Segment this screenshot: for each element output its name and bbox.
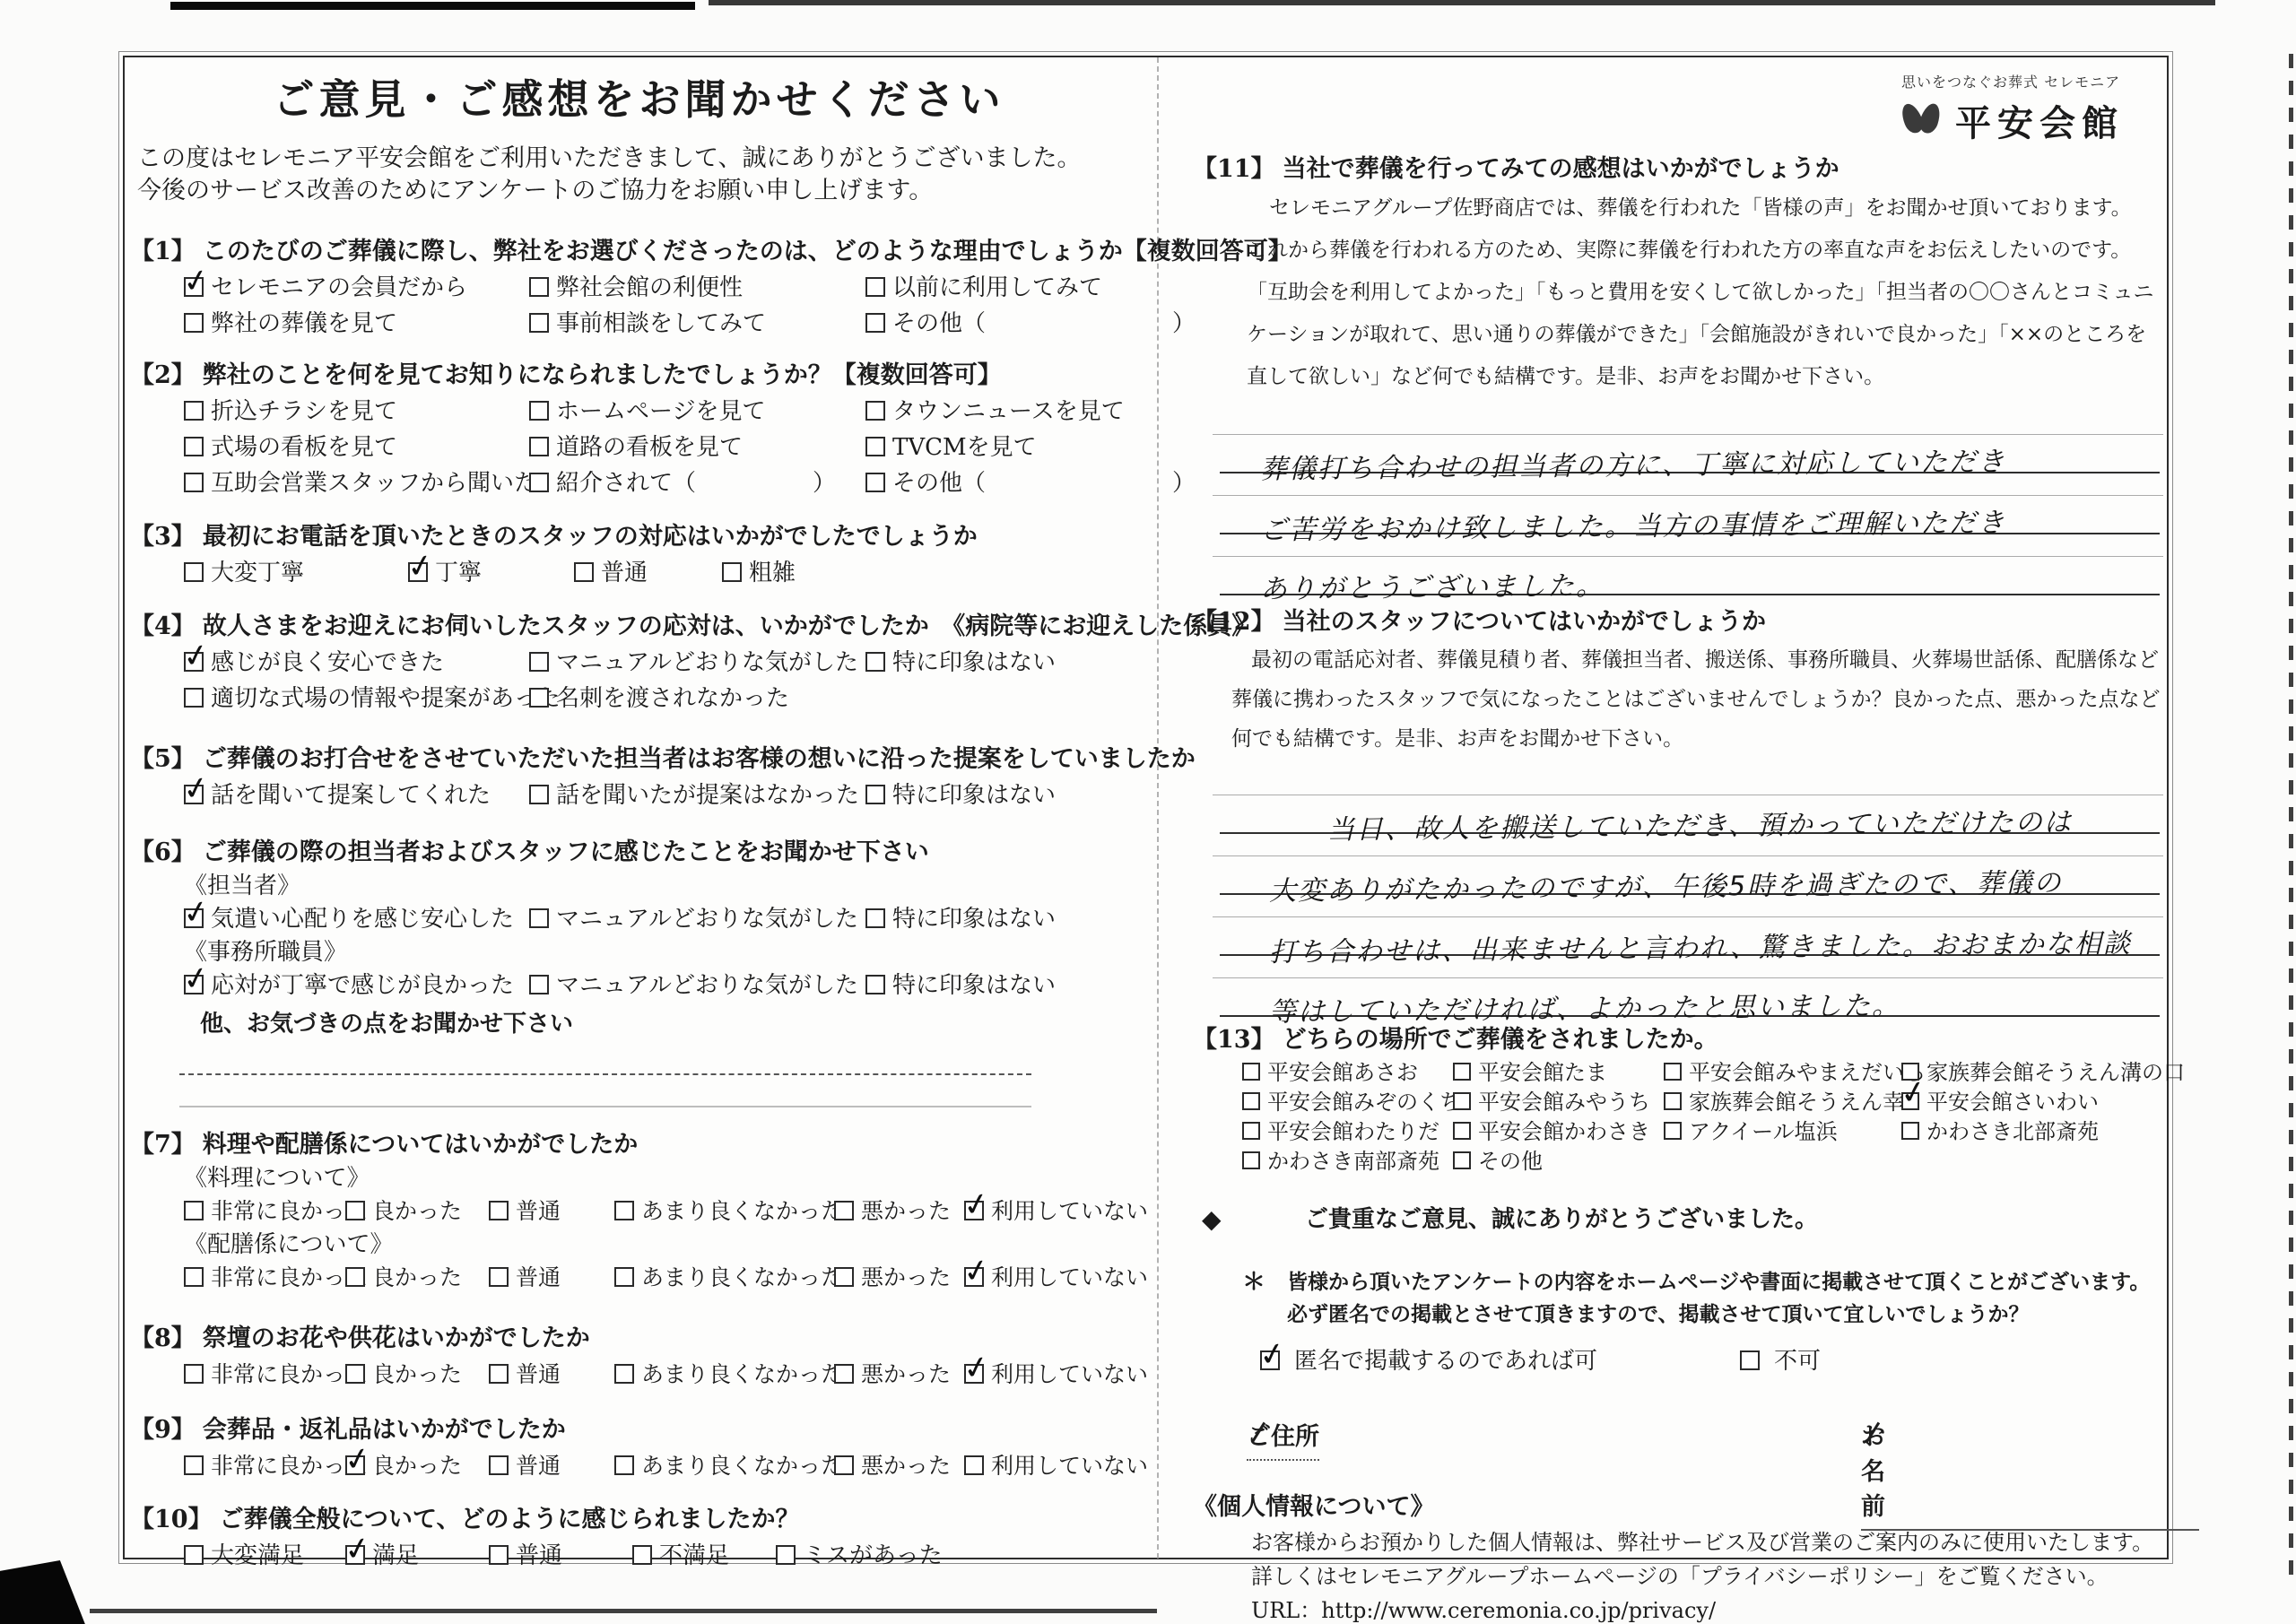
option: 平安会館みやうち: [1453, 1088, 1664, 1117]
checkbox[interactable]: [184, 1267, 204, 1287]
question-number: 【3】: [130, 523, 196, 551]
option: 特に印象はない: [865, 901, 1056, 937]
checkbox[interactable]: [1901, 1122, 1919, 1140]
option-label: 平安会館あさお: [1267, 1058, 1418, 1088]
option-label: 話を聞いたが提案はなかった: [556, 777, 859, 813]
option-label: 普通: [516, 1357, 561, 1393]
option: 不満足: [632, 1538, 776, 1574]
option-label: 悪かった: [861, 1260, 951, 1296]
question-2: 【2】弊社のことを何を見てお知りになられましたでしょうか？【複数回答可】折込チラ…: [130, 358, 1148, 501]
question-text: どちらの場所でご葬儀をされましたか。: [1283, 1026, 1718, 1054]
option: 気遣い心配りを感じ安心した: [184, 901, 529, 937]
address-field[interactable]: ご住所: [1247, 1417, 1319, 1461]
option-label: 式場の看板を見て: [211, 430, 397, 465]
question-text: このたびのご葬儀に際し、弊社をお選びくださったのは、どのような理由でしょうか【複…: [203, 238, 1292, 265]
option-label: マニュアルどおりな気がした: [556, 901, 858, 937]
checkbox[interactable]: [489, 1201, 509, 1220]
option-label: ホームページを見て: [556, 394, 765, 430]
checkbox[interactable]: [184, 688, 204, 708]
option-row: 適切な式場の情報や提案があった名刺を渡されなかった: [130, 681, 1148, 716]
publish-note-line: 必ず匿名での掲載とさせて頂きますので、掲載させて頂いて宜しいでしょうか？: [1287, 1298, 2171, 1331]
option: 悪かった: [834, 1357, 964, 1393]
option-label: 平安会館さいわい: [1926, 1088, 2099, 1117]
company-logo: 思いをつなぐお葬式 セレモニア 平安会館: [1901, 71, 2170, 146]
checkbox[interactable]: [184, 562, 204, 582]
option-row: 大変丁寧丁寧普通粗雑: [130, 555, 1148, 591]
option-row: 気遣い心配りを感じ安心したマニュアルどおりな気がした特に印象はない: [130, 901, 1148, 937]
option: 良かった: [345, 1194, 489, 1229]
checkbox-checked[interactable]: [408, 562, 428, 582]
question-13: 【13】どちらの場所でご葬儀をされましたか。平安会館あさお平安会館たま平安会館み…: [1193, 1022, 2171, 1177]
option-label: 利用していない: [991, 1357, 1148, 1393]
ceremonia-logo-icon: [1901, 100, 1943, 143]
option-label: その他（ ）: [892, 306, 1196, 342]
checkbox[interactable]: [1242, 1151, 1260, 1169]
option-label: 利用していない: [991, 1260, 1148, 1296]
question-header: 【7】料理や配膳係についてはいかがでしたか: [130, 1127, 1148, 1163]
option-row: 折込チラシを見てホームページを見てタウンニュースを見て: [130, 394, 1148, 430]
option: 普通: [574, 555, 722, 591]
option-label: かわさき南部斎苑: [1267, 1147, 1439, 1177]
contact-fields: ご住所 お名前: [1193, 1417, 2171, 1458]
checkbox[interactable]: [614, 1455, 634, 1475]
checkbox[interactable]: [865, 473, 885, 492]
option: 平安会館わたりだ: [1242, 1117, 1453, 1147]
printed-guidance-line: 何でも結構です。是非、お声をお聞かせ下さい。: [1231, 719, 2171, 759]
printed-guidance-line: 「互助会を利用してよかった」「もっと費用を安くして欲しかった」「担当者の〇〇さん…: [1247, 272, 2171, 314]
checkbox[interactable]: [529, 688, 549, 708]
handwriting-line: 葬儀打ち合わせの担当者の方に、丁寧に対応していただき: [1220, 413, 2160, 473]
option: 以前に利用してみて: [865, 270, 1102, 306]
question-7: 【7】料理や配膳係についてはいかがでしたか《料理について》非常に良かった良かった…: [130, 1127, 1148, 1296]
checkbox[interactable]: [834, 1267, 854, 1287]
option-row: 非常に良かった良かった普通あまり良くなかった悪かった利用していない: [130, 1448, 1148, 1484]
address-field-label: ご住所: [1247, 1417, 1319, 1452]
printed-guidance-line: セレモニアグループ佐野商店では、葬儀を行われた「皆様の声」をお聞かせ頂いておりま…: [1269, 187, 2171, 230]
checkbox[interactable]: [1453, 1122, 1471, 1140]
blank-writing-line[interactable]: [179, 1073, 1031, 1075]
handwritten-answer-q12[interactable]: 当日、故人を搬送していただき、預かっていただけたのは大変ありがたかったのですが、…: [1220, 773, 2160, 1017]
handwriting-line: ありがとうございました。: [1220, 534, 2160, 595]
question-11-header: 【11】当社で葬儀を行ってみての感想はいかがでしょうか: [1193, 152, 2171, 187]
option-label: 特に印象はない: [892, 777, 1056, 813]
printed-guidance-line: ケーションが取れて、思い通りの葬儀ができた」「会館施設がきれいで良かった」「××…: [1247, 314, 2171, 356]
option-label: 不満足: [659, 1538, 729, 1574]
question-header: 【1】このたびのご葬儀に際し、弊社をお選びくださったのは、どのような理由でしょう…: [130, 234, 1148, 270]
option: 非常に良かった: [184, 1260, 345, 1296]
option-label: TVCMを見て: [892, 430, 1037, 465]
option-label: 感じが良く安心できた: [211, 645, 444, 681]
option-label: 普通: [516, 1194, 561, 1229]
option: 適切な式場の情報や提案があった: [184, 681, 529, 716]
option-label: 満足: [372, 1538, 419, 1574]
checkbox[interactable]: [529, 785, 549, 804]
question-header: 【10】ご葬儀全般について、どのように感じられましたか？: [130, 1502, 1148, 1538]
option: 良かった: [345, 1357, 489, 1393]
option-label: 悪かった: [861, 1357, 951, 1393]
checkbox[interactable]: [489, 1267, 509, 1287]
option: 家族葬会館そうえん溝の口: [1901, 1058, 2185, 1088]
checkbox[interactable]: [345, 1201, 365, 1220]
privacy-line: お客様からお預かりした個人情報は、弊社サービス及び営業のご案内のみに使用いたしま…: [1251, 1526, 2171, 1559]
checkbox[interactable]: [1453, 1063, 1471, 1081]
option: 紹介されて（ ）: [529, 465, 865, 501]
option: 感じが良く安心できた: [184, 645, 529, 681]
checkbox[interactable]: [865, 908, 885, 928]
checkbox[interactable]: [1242, 1122, 1260, 1140]
publish-consent-options: 匿名で掲載するのであれば可不可: [1193, 1343, 2171, 1379]
option: あまり良くなかった: [614, 1448, 834, 1484]
question-header: 【4】故人さまをお迎えにお伺いしたスタッフの応対は、いかがでしたか 《病院等にお…: [130, 609, 1148, 645]
option-label: 良かった: [372, 1357, 462, 1393]
checkbox[interactable]: [489, 1364, 509, 1384]
option: 弊社の葬儀を見て: [184, 306, 529, 342]
checkbox[interactable]: [1242, 1092, 1260, 1110]
checkbox[interactable]: [865, 437, 885, 456]
checkbox[interactable]: [1664, 1063, 1682, 1081]
checkbox-checked[interactable]: [184, 652, 204, 672]
question-number: 【2】: [130, 361, 196, 389]
checkbox-checked[interactable]: [964, 1267, 984, 1287]
left-column: ご意見・ご感想をお聞かせください この度はセレモニア平安会館をご利用いただきまし…: [130, 51, 1148, 1574]
option-row: 弊社の葬儀を見て事前相談をしてみてその他（ ）: [130, 306, 1148, 342]
option-row: 大変満足満足普通不満足ミスがあった: [130, 1538, 1148, 1574]
checkbox[interactable]: [614, 1267, 634, 1287]
question-number: 【9】: [130, 1416, 196, 1444]
option: 粗雑: [722, 555, 796, 591]
checkbox-checked[interactable]: [345, 1455, 365, 1475]
question-12-header: 【12】当社のスタッフについてはいかがでしょうか: [1193, 604, 2171, 640]
option: 事前相談をしてみて: [529, 306, 865, 342]
option: 話を聞いて提案してくれた: [184, 777, 529, 813]
option-row: 互助会営業スタッフから聞いた紹介されて（ ）その他（ ）: [130, 465, 1148, 501]
option-label: 紹介されて（ ）: [556, 465, 836, 501]
checkbox[interactable]: [184, 1201, 204, 1220]
option-label: 匿名で掲載するのであれば可: [1294, 1343, 1597, 1379]
option: 悪かった: [834, 1448, 964, 1484]
option-label: 普通: [516, 1538, 562, 1574]
checkbox[interactable]: [1664, 1122, 1682, 1140]
question-11-body: セレモニアグループ佐野商店では、葬儀を行われた「皆様の声」をお聞かせ頂いておりま…: [1193, 187, 2171, 398]
option-label: 応対が丁寧で感じが良かった: [211, 968, 514, 1003]
question-12-body: 最初の電話応対者、葬儀見積り者、葬儀担当者、搬送係、事務所職員、火葬場世話係、配…: [1193, 640, 2171, 759]
option-row: 非常に良かった良かった普通あまり良くなかった悪かった利用していない: [130, 1260, 1148, 1296]
question-text: ご葬儀全般について、どのように感じられましたか？: [220, 1506, 800, 1533]
option-label: 良かった: [372, 1194, 462, 1229]
checkbox[interactable]: [834, 1201, 854, 1220]
option-label: 家族葬会館そうえん溝の口: [1926, 1058, 2185, 1088]
option: ホームページを見て: [529, 394, 865, 430]
option-label: ミスがあった: [803, 1538, 943, 1574]
checkbox[interactable]: [1242, 1063, 1260, 1081]
checkbox-checked[interactable]: [1260, 1350, 1280, 1370]
checkbox[interactable]: [776, 1545, 796, 1565]
option: 満足: [345, 1538, 489, 1574]
checkbox[interactable]: [632, 1545, 652, 1565]
publish-consent-note: ＊ 皆様から頂いたアンケートの内容をホームページや書面に掲載させて頂くことがござ…: [1193, 1266, 2171, 1331]
option: 良かった: [345, 1260, 489, 1296]
checkbox[interactable]: [529, 313, 549, 333]
option: 弊社会館の利便性: [529, 270, 865, 306]
privacy-line: 詳しくはセレモニアグループホームページの「プライバシーポリシー」をご覧ください。: [1251, 1560, 2171, 1593]
option: その他（ ）: [865, 306, 1196, 342]
option-label: その他（ ）: [892, 465, 1196, 501]
checkbox[interactable]: [1740, 1350, 1760, 1370]
checkbox-checked[interactable]: [345, 1545, 365, 1565]
checkbox[interactable]: [865, 785, 885, 804]
question-number: 【6】: [130, 838, 196, 866]
option: セレモニアの会員だから: [184, 270, 529, 306]
option: 良かった: [345, 1448, 489, 1484]
blank-writing-line[interactable]: [179, 1106, 1031, 1107]
option-label: 利用していない: [991, 1194, 1148, 1229]
scan-artifact-right-edge: [2289, 54, 2293, 1578]
checkbox[interactable]: [489, 1455, 509, 1475]
checkbox[interactable]: [529, 652, 549, 672]
publish-note-line: 皆様から頂いたアンケートの内容をホームページや書面に掲載させて頂くことがございま…: [1287, 1266, 2150, 1298]
checkbox[interactable]: [1453, 1092, 1471, 1110]
scan-artifact-top-bar: [709, 0, 2215, 5]
option-label: 弊社の葬儀を見て: [211, 306, 397, 342]
logo-company-name: 平安会館: [1955, 95, 2124, 146]
option: 特に印象はない: [865, 968, 1056, 1003]
question-8: 【8】祭壇のお花や供花はいかがでしたか非常に良かった良かった普通あまり良くなかっ…: [130, 1321, 1148, 1393]
option-label: 良かった: [372, 1260, 462, 1296]
checkbox-checked[interactable]: [1901, 1092, 1919, 1110]
question-3: 【3】最初にお電話を頂いたときのスタッフの対応はいかがでしたでしょうか大変丁寧丁…: [130, 519, 1148, 591]
option: 普通: [489, 1538, 632, 1574]
option-row: 式場の看板を見て道路の看板を見てTVCMを見て: [130, 430, 1148, 465]
option-label: 折込チラシを見て: [211, 394, 397, 430]
checkbox[interactable]: [574, 562, 594, 582]
checkbox[interactable]: [722, 562, 742, 582]
name-field[interactable]: お名前: [1861, 1417, 2199, 1531]
checkbox[interactable]: [184, 313, 204, 333]
checkbox[interactable]: [184, 1455, 204, 1475]
option: かわさき北部斎苑: [1901, 1117, 2099, 1147]
question-text: 弊社のことを何を見てお知りになられましたでしょうか？【複数回答可】: [203, 361, 1002, 389]
option-group-label: 《料理について》: [130, 1163, 1148, 1194]
handwritten-text: ありがとうございました。: [1260, 563, 1605, 606]
page-title: ご意見・ご感想をお聞かせください: [130, 74, 1148, 125]
handwriting-line: 等はしていただければ、よかったと思いました。: [1220, 956, 2160, 1017]
checkbox[interactable]: [529, 437, 549, 456]
option: その他: [1453, 1147, 1664, 1177]
option-row: かわさき南部斎苑その他: [1193, 1147, 2171, 1177]
checkbox[interactable]: [489, 1545, 509, 1565]
checkbox[interactable]: [184, 1545, 204, 1565]
checkbox[interactable]: [964, 1455, 984, 1475]
handwritten-answer-q11[interactable]: 葬儀打ち合わせの担当者の方に、丁寧に対応していただきご苦労をおかけ致しました。当…: [1220, 413, 2160, 595]
option-row: 話を聞いて提案してくれた話を聞いたが提案はなかった特に印象はない: [130, 777, 1148, 813]
checkbox[interactable]: [865, 975, 885, 994]
checkbox[interactable]: [614, 1364, 634, 1384]
option-label: 弊社会館の利便性: [556, 270, 743, 306]
option-label: アクイール塩浜: [1689, 1117, 1838, 1147]
printed-guidance-line: 葬儀に携わったスタッフで気になったことはございませんでしょうか？良かった点、悪か…: [1231, 680, 2171, 719]
option-label: 普通: [516, 1260, 561, 1296]
option-label: マニュアルどおりな気がした: [556, 968, 858, 1003]
option-label: 事前相談をしてみて: [556, 306, 766, 342]
option: 互助会営業スタッフから聞いた: [184, 465, 529, 501]
option-label: 特に印象はない: [892, 645, 1056, 681]
intro-text: この度はセレモニア平安会館をご利用いただきまして、誠にありがとうございました。 …: [137, 143, 1148, 207]
checkbox[interactable]: [865, 277, 885, 297]
option-label: 非常に良かった: [211, 1357, 368, 1393]
option: その他（ ）: [865, 465, 1196, 501]
checkbox[interactable]: [865, 652, 885, 672]
handwriting-line: 打ち合わせは、出来ませんと言われ、驚きました。おおまかな相談: [1220, 895, 2160, 956]
option-row: 感じが良く安心できたマニュアルどおりな気がした特に印象はない: [130, 645, 1148, 681]
question-number: 【10】: [130, 1506, 213, 1533]
question-number: 【4】: [130, 612, 196, 640]
option-label: 普通: [601, 555, 648, 591]
option: 悪かった: [834, 1194, 964, 1229]
checkbox[interactable]: [865, 401, 885, 421]
checkbox[interactable]: [614, 1201, 634, 1220]
option-label: 道路の看板を見て: [556, 430, 743, 465]
option-label: 丁寧: [435, 555, 482, 591]
option: 非常に良かった: [184, 1357, 345, 1393]
privacy-url: URL：http://www.ceremonia.co.jp/privacy/: [1251, 1594, 2171, 1624]
checkbox[interactable]: [834, 1455, 854, 1475]
option-label: 互助会営業スタッフから聞いた: [211, 465, 537, 501]
checkbox[interactable]: [345, 1364, 365, 1384]
option: 非常に良かった: [184, 1194, 345, 1229]
question-5: 【5】ご葬儀のお打合せをさせていただいた担当者はお客様の想いに沿った提案をしてい…: [130, 742, 1148, 813]
option: 平安会館みぞのくち: [1242, 1088, 1453, 1117]
intro-line: 今後のサービス改善のためにアンケートのご協力をお願い申し上げます。: [137, 175, 1148, 207]
checkbox[interactable]: [529, 908, 549, 928]
question-text: 料理や配膳係についてはいかがでしたか: [203, 1131, 638, 1159]
option: 大変満足: [184, 1538, 345, 1574]
option-label: 悪かった: [861, 1448, 951, 1484]
option-label: 不可: [1774, 1343, 1821, 1379]
option: 悪かった: [834, 1260, 964, 1296]
option: 折込チラシを見て: [184, 394, 529, 430]
question-number: 【13】: [1193, 1026, 1275, 1054]
option-group-label: 《担当者》: [130, 871, 1148, 901]
option-label: かわさき北部斎苑: [1926, 1117, 2099, 1147]
option-label: あまり良くなかった: [641, 1448, 843, 1484]
question-number: 【8】: [130, 1324, 196, 1352]
option-label: 名刺を渡されなかった: [556, 681, 789, 716]
option-row: 匿名で掲載するのであれば可不可: [1193, 1343, 2171, 1379]
option-label: その他: [1478, 1147, 1543, 1177]
option: 利用していない: [964, 1357, 1148, 1393]
option: ミスがあった: [776, 1538, 943, 1574]
option-label: 粗雑: [749, 555, 796, 591]
checkbox[interactable]: [184, 401, 204, 421]
option-label: 特に印象はない: [892, 901, 1056, 937]
option-label: 大変丁寧: [211, 555, 304, 591]
option-label: 平安会館かわさき: [1478, 1117, 1650, 1147]
scan-artifact-top-bar: [170, 2, 695, 10]
checkbox[interactable]: [184, 1364, 204, 1384]
option-row: 応対が丁寧で感じが良かったマニュアルどおりな気がした特に印象はない: [130, 968, 1148, 1003]
option: 話を聞いたが提案はなかった: [529, 777, 865, 813]
question-header: 【5】ご葬儀のお打合せをさせていただいた担当者はお客様の想いに沿った提案をしてい…: [130, 742, 1148, 777]
checkbox[interactable]: [184, 473, 204, 492]
checkbox-checked[interactable]: [184, 785, 204, 804]
checkbox[interactable]: [529, 401, 549, 421]
option-label: 平安会館みぞのくち: [1267, 1088, 1461, 1117]
printed-guidance-line: 直して欲しい」など何でも結構です。是非、お声をお聞かせ下さい。: [1247, 356, 2171, 398]
option-row: 非常に良かった良かった普通あまり良くなかった悪かった利用していない: [130, 1194, 1148, 1229]
option-label: 話を聞いて提案してくれた: [211, 777, 491, 813]
option: 平安会館かわさき: [1453, 1117, 1664, 1147]
option: マニュアルどおりな気がした: [529, 901, 865, 937]
option: 丁寧: [408, 555, 574, 591]
option: 式場の看板を見て: [184, 430, 529, 465]
option: 平安会館あさお: [1242, 1058, 1453, 1088]
checkbox-checked[interactable]: [964, 1201, 984, 1220]
handwriting-line: 当日、故人を搬送していただき、預かっていただけたのは: [1220, 773, 2160, 834]
question-number: 【5】: [130, 745, 196, 773]
question-number: 【1】: [130, 238, 196, 265]
asterisk-icon: ＊: [1242, 1266, 1287, 1298]
checkbox[interactable]: [529, 277, 549, 297]
option: 家族葬会館そうえん幸: [1664, 1088, 1901, 1117]
option: 利用していない: [964, 1194, 1148, 1229]
option-label: 悪かった: [861, 1194, 951, 1229]
checkbox[interactable]: [345, 1267, 365, 1287]
question-text: ご葬儀のお打合せをさせていただいた担当者はお客様の想いに沿った提案をしていました…: [203, 745, 1196, 773]
option: 普通: [489, 1448, 614, 1484]
checkbox[interactable]: [184, 437, 204, 456]
checkbox-checked[interactable]: [184, 975, 204, 994]
handwriting-line: ご苦労をおかけ致しました。当方の事情をご理解いただき: [1220, 473, 2160, 534]
option-label: 平安会館みやまえだいら: [1689, 1058, 1926, 1088]
question-header: 【6】ご葬儀の際の担当者およびスタッフに感じたことをお聞かせ下さい: [130, 835, 1148, 871]
option-row: 非常に良かった良かった普通あまり良くなかった悪かった利用していない: [130, 1357, 1148, 1393]
option-label: 平安会館わたりだ: [1267, 1117, 1439, 1147]
checkbox-checked[interactable]: [184, 908, 204, 928]
checkbox[interactable]: [865, 313, 885, 333]
checkbox-checked[interactable]: [964, 1364, 984, 1384]
option-group-label: 《配膳係について》: [130, 1229, 1148, 1260]
option-row: 平安会館あさお平安会館たま平安会館みやまえだいら家族葬会館そうえん溝の口: [1193, 1058, 2171, 1088]
option: 平安会館たま: [1453, 1058, 1664, 1088]
question-text: 故人さまをお迎えにお伺いしたスタッフの応対は、いかがでしたか 《病院等にお迎えし…: [203, 612, 1257, 640]
checkbox[interactable]: [529, 473, 549, 492]
logo-tagline: 思いをつなぐお葬式 セレモニア: [1901, 71, 2170, 91]
option: TVCMを見て: [865, 430, 1037, 465]
question-header: 【9】会葬品・返礼品はいかがでしたか: [130, 1412, 1148, 1448]
option-label: 普通: [516, 1448, 561, 1484]
option: 名刺を渡されなかった: [529, 681, 865, 716]
column-divider: [1157, 57, 1159, 1559]
option-label: セレモニアの会員だから: [211, 270, 467, 306]
option: 利用していない: [964, 1448, 1148, 1484]
option-label: 気遣い心配りを感じ安心した: [211, 901, 514, 937]
option: 特に印象はない: [865, 777, 1056, 813]
checkbox[interactable]: [1453, 1151, 1471, 1169]
option-label: タウンニュースを見て: [892, 394, 1125, 430]
checkbox[interactable]: [1664, 1092, 1682, 1110]
option: 匿名で掲載するのであれば可: [1260, 1343, 1740, 1379]
option-row: セレモニアの会員だから弊社会館の利便性以前に利用してみて: [130, 270, 1148, 306]
right-column: 思いをつなぐお葬式 セレモニア 平安会館 【11】当社で葬儀を行ってみての感想は…: [1193, 51, 2171, 1624]
option-group-label: 《事務所職員》: [130, 937, 1148, 968]
checkbox[interactable]: [529, 975, 549, 994]
option: あまり良くなかった: [614, 1357, 834, 1393]
checkbox[interactable]: [834, 1364, 854, 1384]
thanks-text: ご貴重なご意見、誠にありがとうございました。: [1305, 1203, 1818, 1236]
question-text: 最初にお電話を頂いたときのスタッフの対応はいかがでしたでしょうか: [203, 523, 978, 551]
checkbox-checked[interactable]: [184, 277, 204, 297]
option-label: 以前に利用してみて: [892, 270, 1102, 306]
